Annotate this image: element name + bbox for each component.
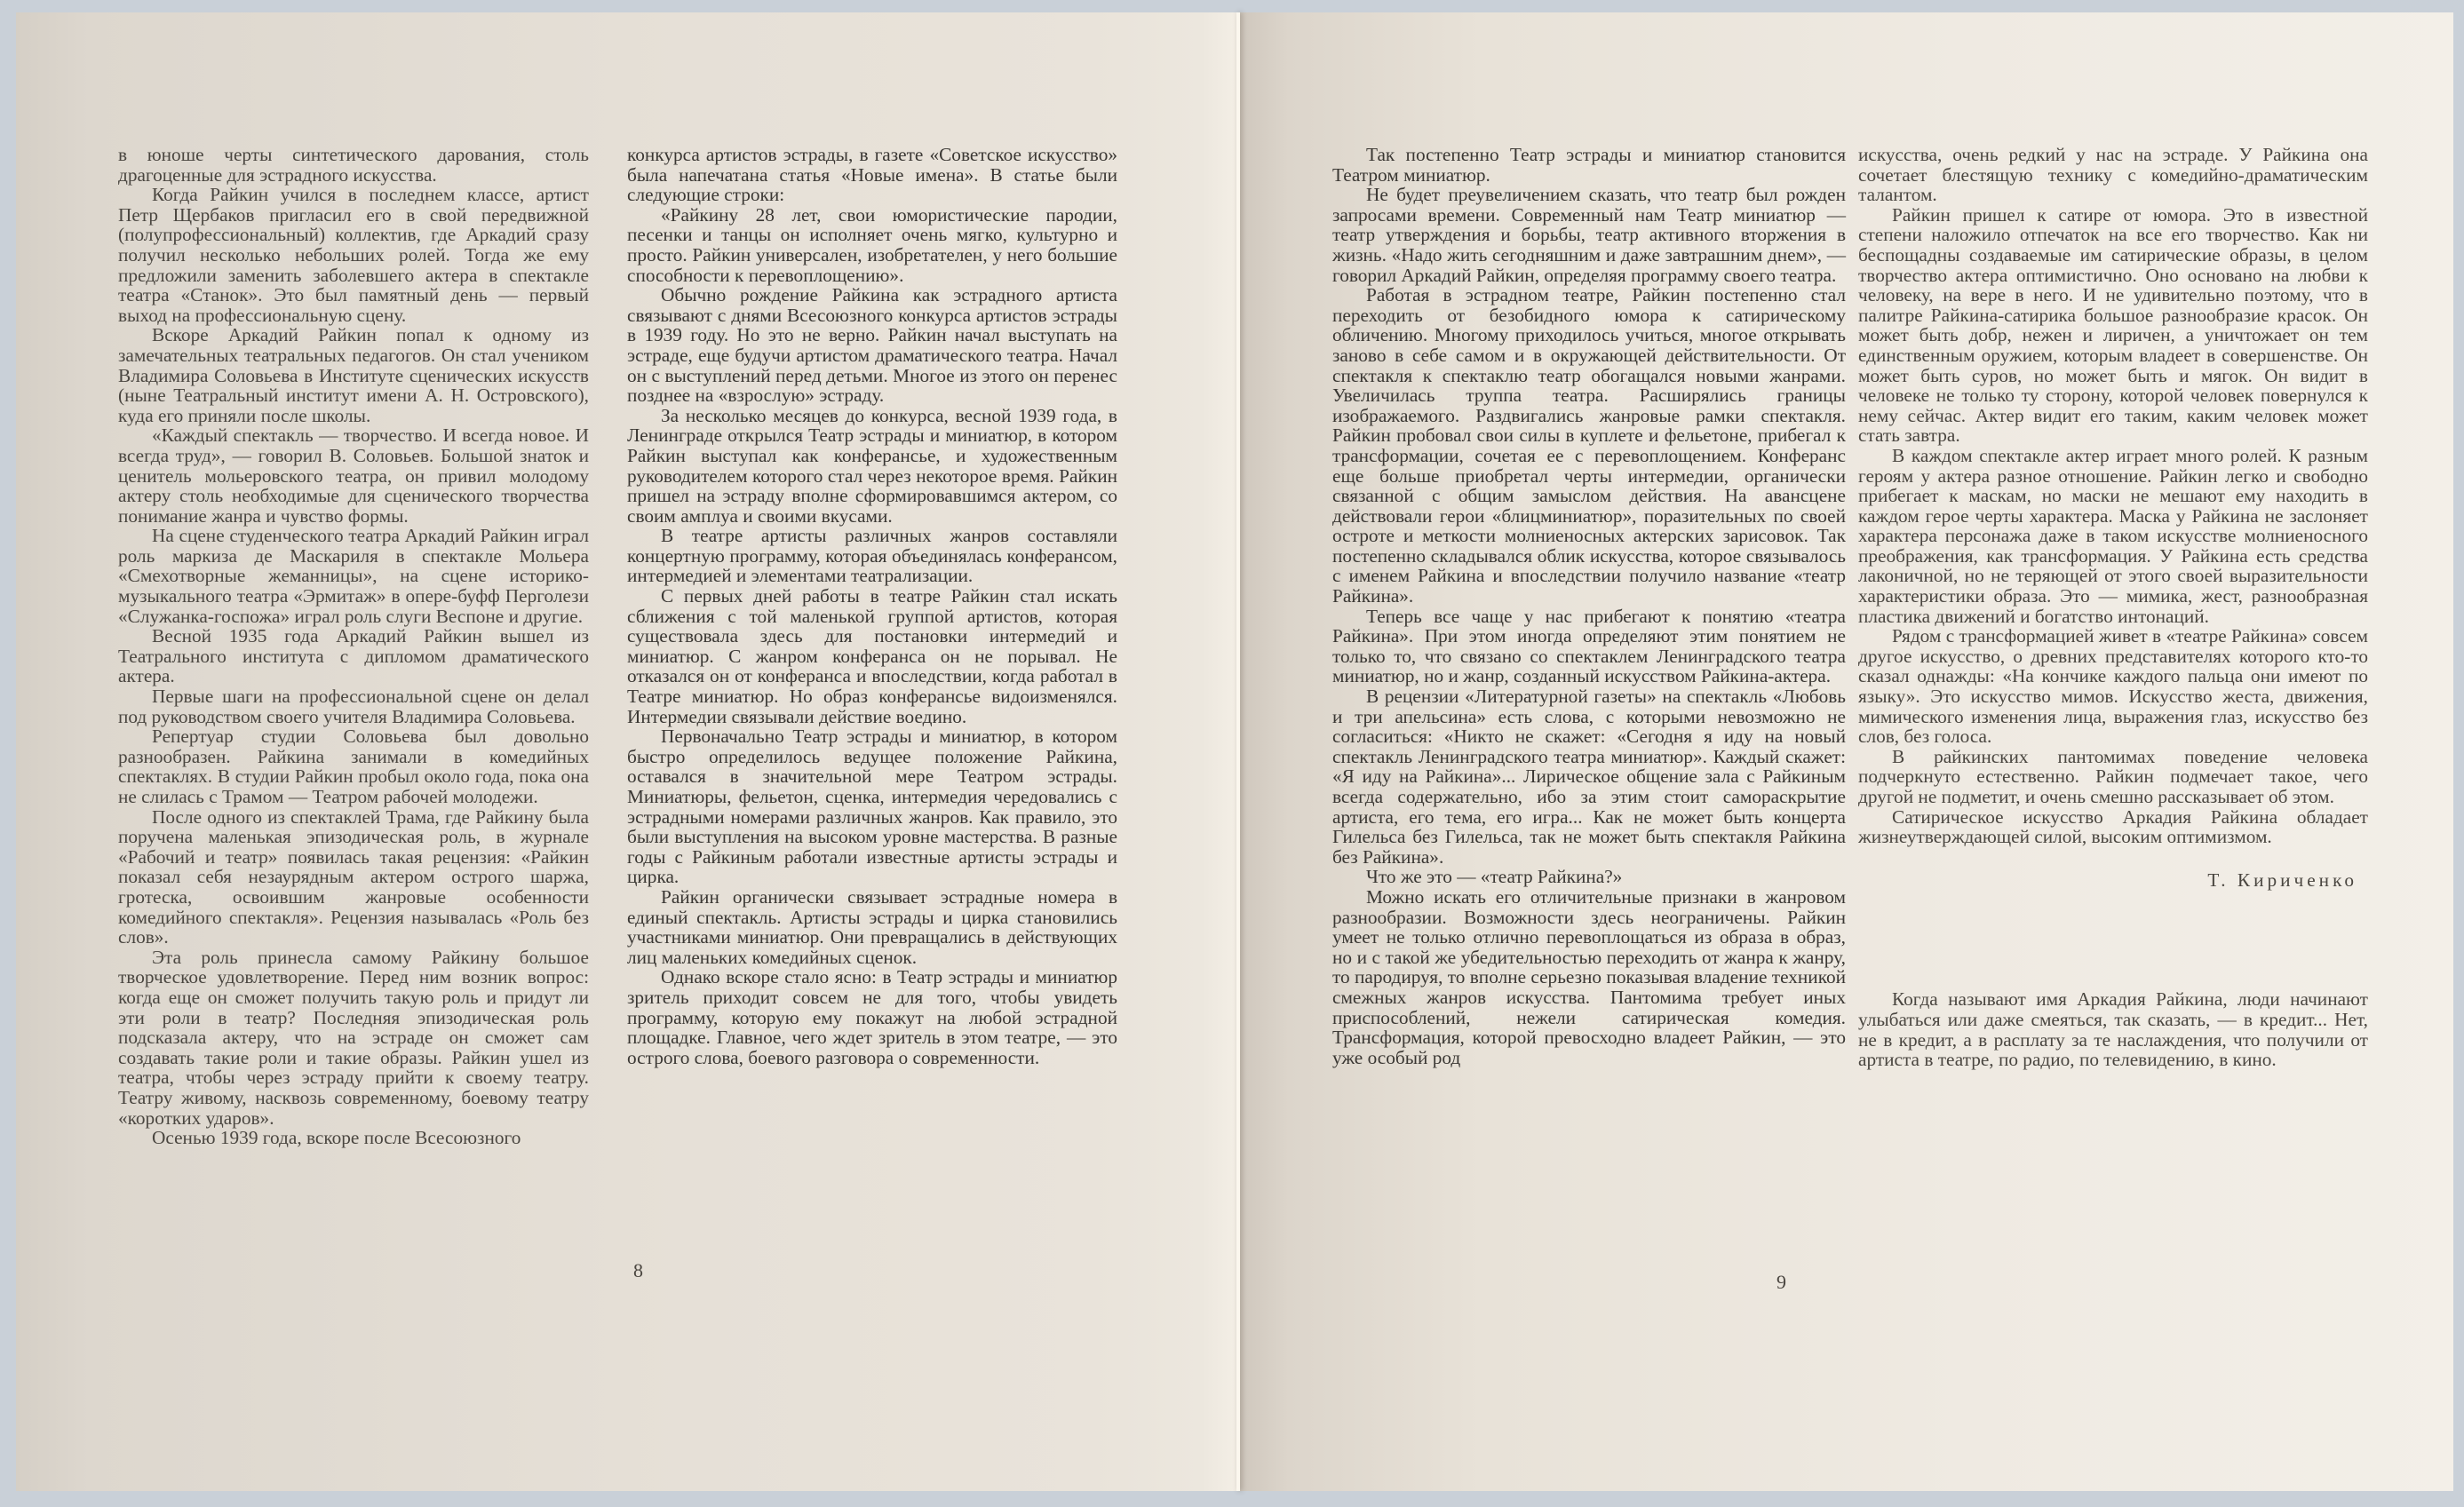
booklet-spread: в юноше черты синтетического дарования, …	[0, 0, 2464, 1507]
paragraph: Теперь все чаще у нас прибегают к поняти…	[1332, 607, 1846, 686]
paragraph: Когда Райкин учился в последнем классе, …	[118, 185, 589, 325]
paragraph: Осенью 1939 года, вскоре после Всесоюзно…	[118, 1128, 589, 1148]
paragraph: Можно искать его отличительные признаки …	[1332, 887, 1846, 1067]
paragraph: За несколько месяцев до конкурса, весной…	[627, 406, 1117, 527]
paragraph: Сатирическое искусство Аркадия Райкина о…	[1858, 807, 2368, 847]
paragraph: Рядом с трансформацией живет в «театре Р…	[1858, 626, 2368, 747]
right-page-column-2: искусства, очень редкий у нас на эстраде…	[1858, 145, 2368, 1070]
page-number-left: 8	[633, 1259, 643, 1282]
book-spine	[1236, 12, 1240, 1491]
paragraph: В райкинских пантомимах поведение челове…	[1858, 747, 2368, 807]
paragraph: искусства, очень редкий у нас на эстраде…	[1858, 145, 2368, 205]
paragraph: «Каждый спектакль — творчество. И всегда…	[118, 425, 589, 526]
left-page-column-2: конкурса артистов эстрады, в газете «Сов…	[627, 145, 1117, 1067]
page-number-right: 9	[1776, 1271, 1786, 1294]
paragraph: Не будет преувеличением сказать, что теа…	[1332, 185, 1846, 285]
paragraph: Эта роль принесла самому Райкину большое…	[118, 948, 589, 1128]
paragraph: Обычно рождение Райкина как эстрадного а…	[627, 285, 1117, 406]
paragraph: В театре артисты различных жанров состав…	[627, 526, 1117, 586]
paragraph: Весной 1935 года Аркадий Райкин вышел из…	[118, 626, 589, 686]
paragraph: Однако вскоре стало ясно: в Театр эстрад…	[627, 967, 1117, 1067]
paragraph: С первых дней работы в театре Райкин ста…	[627, 586, 1117, 726]
paragraph: После одного из спектаклей Трама, где Ра…	[118, 807, 589, 948]
paragraph: Райкин органически связывает эстрадные н…	[627, 887, 1117, 967]
right-page-column-1: Так постепенно Театр эстрады и миниатюр …	[1332, 145, 1846, 1067]
paragraph: На сцене студенческого театра Аркадий Ра…	[118, 526, 589, 626]
paragraph: Работая в эстрадном театре, Райкин посте…	[1332, 285, 1846, 607]
paragraph: Так постепенно Театр эстрады и миниатюр …	[1332, 145, 1846, 185]
paragraph: Первоначально Театр эстрады и миниатюр, …	[627, 726, 1117, 887]
left-page-column-1: в юноше черты синтетического дарования, …	[118, 145, 589, 1148]
author-signature: Т. Кириченко	[1858, 870, 2368, 891]
paragraph: Что же это — «театр Райкина?»	[1332, 867, 1846, 887]
paragraph: в юноше черты синтетического дарования, …	[118, 145, 589, 185]
paragraph: конкурса артистов эстрады, в газете «Сов…	[627, 145, 1117, 205]
paragraph: Вскоре Аркадий Райкин попал к одному из …	[118, 325, 589, 425]
closing-paragraph: Когда называют имя Аркадия Райкина, люди…	[1858, 989, 2368, 1069]
paragraph: В рецензии «Литературной газеты» на спек…	[1332, 686, 1846, 867]
paragraph: В каждом спектакле актер играет много ро…	[1858, 446, 2368, 626]
paragraph: Репертуар студии Соловьева был довольно …	[118, 726, 589, 806]
paragraph: Райкин пришел к сатире от юмора. Это в и…	[1858, 205, 2368, 446]
paragraph: Первые шаги на профессиональной сцене он…	[118, 686, 589, 726]
quote-paragraph: «Райкину 28 лет, свои юмористические пар…	[627, 205, 1117, 285]
